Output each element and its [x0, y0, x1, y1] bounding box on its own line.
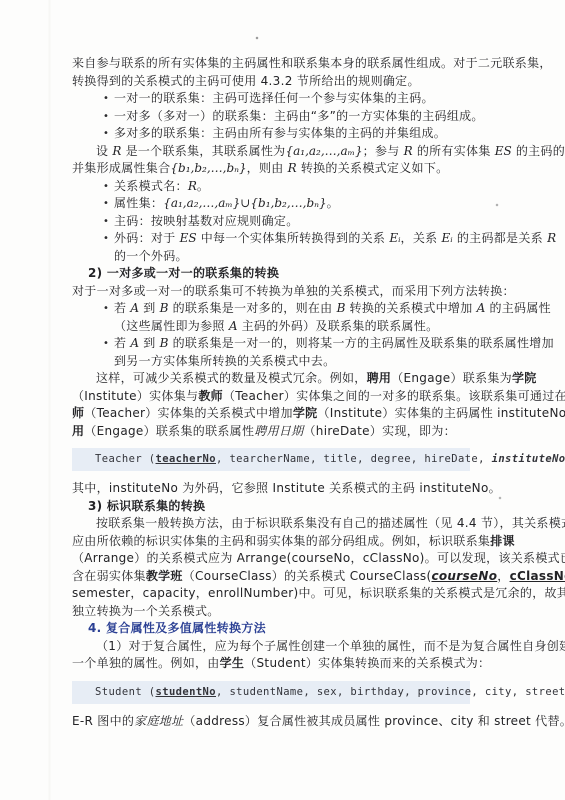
body-text-line: （Institute）实体集与教师（Teacher）实体集之间的一对多的联系集。… — [72, 388, 502, 406]
body-text-line: 应由所依赖的标识实体集的主码和弱实体集的部分码组成。例如，标识联系集排课 — [72, 533, 502, 551]
bullet-item: 一对多（多对一）的联系集：主码由“多”的一方实体集的主码组成。 — [72, 108, 502, 126]
text-column: 来自参与联系的所有实体集的主码属性和联系集本身的联系属性组成。对于二元联系集， … — [72, 55, 502, 730]
body-text-line: 独立转换为一个关系模式。 — [72, 603, 502, 621]
body-text-line: E-R 图中的家庭地址（address）复合属性被其成员属性 province、… — [72, 713, 502, 731]
student-schema-code-block: Student (studentNo, studentName, sex, bi… — [72, 681, 470, 704]
bullet-item: 关系模式名：R。 — [72, 178, 502, 196]
bullet-item: 多对多的联系集：主码由所有参与实体集的主码的并集组成。 — [72, 125, 502, 143]
body-text-line: 师（Teacher）实体集的关系模式中增加学院（Institute）实体集的主码… — [72, 405, 502, 423]
body-text-line: 用（Engage）联系集的联系属性聘用日期（hireDate）实现，即为： — [72, 423, 502, 441]
paragraph-start-line: 按联系集一般转换方法，由于标识联系集没有自己的描述属性（见 4.4 节），其关系… — [72, 515, 502, 533]
body-text-line: 含在弱实体集教学班（CourseClass）的关系模式 CourseClass(… — [72, 568, 502, 586]
bullet-item: 属性集：{a₁,a₂,…,aₘ}∪{b₁,b₂,…,bₙ}。 — [72, 195, 502, 213]
bullet-continuation-line: 的一个外码。 — [72, 248, 502, 266]
bullet-item: 外码：对于 ES 中每一个实体集所转换得到的关系 Eᵢ，关系 Eᵢ 的主码都是关… — [72, 230, 502, 248]
body-text-line: 转换得到的关系模式的主码可使用 4.3.2 节所给出的规则确定。 — [72, 73, 502, 91]
body-text-line: 对于一对多或一对一的联系集可不转换为单独的关系模式，而采用下列方法转换： — [72, 283, 502, 301]
bullet-item: 主码：按映射基数对应规则确定。 — [72, 213, 502, 231]
body-text-line: 其中，instituteNo 为外码，它参照 Institute 关系模式的主码… — [72, 480, 502, 498]
bullet-continuation-line: （这些属性即为参照 A 主码的外码）及联系集的联系属性。 — [72, 318, 502, 336]
bullet-item: 一对一的联系集：主码可选择任何一个参与实体集的主码。 — [72, 90, 502, 108]
paragraph-start-line: 设 R 是一个联系集，其联系属性为{a₁,a₂,…,aₘ}；参与 R 的所有实体… — [72, 143, 502, 161]
body-text-line: 并集形成属性集合{b₁,b₂,…,bₙ}，则由 R 转换的关系模式定义如下。 — [72, 160, 502, 178]
section-heading-4: 4. 复合属性及多值属性转换方法 — [72, 620, 502, 638]
teacher-schema-code-block: Teacher (teacherNo, tearcherName, title,… — [72, 448, 470, 471]
document-page: 来自参与联系的所有实体集的主码属性和联系集本身的联系属性组成。对于二元联系集， … — [0, 0, 565, 800]
body-text-line: 来自参与联系的所有实体集的主码属性和联系集本身的联系属性组成。对于二元联系集， — [72, 55, 502, 73]
bullet-continuation-line: 到另一方实体集所转换的关系模式中去。 — [72, 353, 502, 371]
bullet-item: 若 A 到 B 的联系集是一对一的，则将某一方的主码属性及联系集的联系属性增加 — [72, 335, 502, 353]
body-text-line: （Arrange）的关系模式应为 Arrange(courseNo，cClass… — [72, 550, 502, 568]
subsection-heading-2: 2) 一对多或一对一的联系集的转换 — [72, 265, 502, 283]
body-text-line: 一个单独的属性。例如，由学生（Student）实体集转换而来的关系模式为： — [72, 655, 502, 673]
bullet-item: 若 A 到 B 的联系集是一对多的，则在由 B 转换的关系模式中增加 A 的主码… — [72, 300, 502, 318]
body-text-line: semester，capacity，enrollNumber)中。可见，标识联系… — [72, 585, 502, 603]
subsection-heading-3: 3) 标识联系集的转换 — [72, 498, 502, 516]
paragraph-start-line: （1）对于复合属性，应为每个子属性创建一个单独的属性，而不是为复合属性自身创建 — [72, 638, 502, 656]
paragraph-start-line: 这样，可减少关系模式的数量及模式冗余。例如，聘用（Engage）联系集为学院 — [72, 370, 502, 388]
